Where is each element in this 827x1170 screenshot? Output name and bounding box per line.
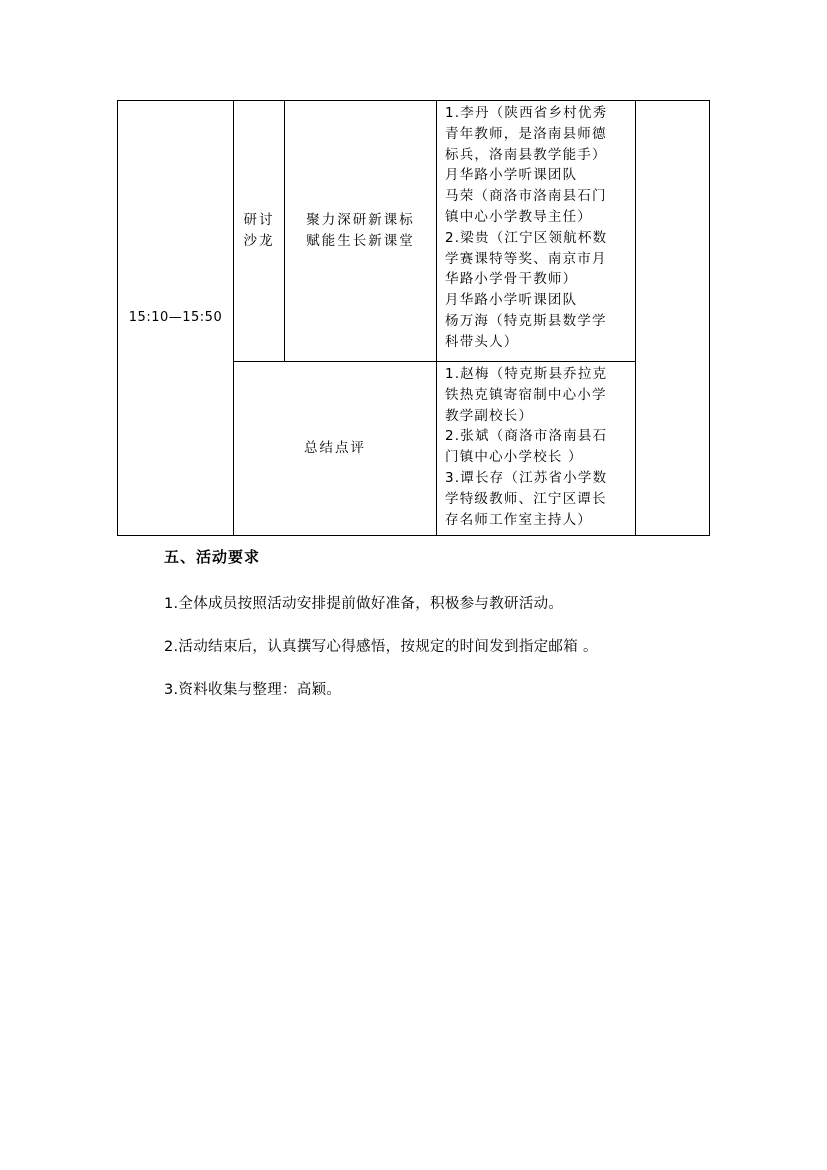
participants-cell: 1.李丹（陕西省乡村优秀 青年教师，是洛南县师德 标兵，洛南县教学能手） 月华路… bbox=[437, 101, 635, 361]
topic-line: 赋能生长新课堂 bbox=[306, 231, 415, 252]
reviewers-cell: 1.赵梅（特克斯县乔拉克 铁热克镇寄宿制中心小学 教学副校长） 2.张斌（商洛市… bbox=[437, 362, 635, 535]
participant-line: 学赛课特等奖、南京市月 bbox=[445, 249, 635, 270]
note-cell bbox=[636, 101, 709, 361]
table-border-right bbox=[709, 100, 710, 536]
topic-cell: 聚力深研新课标 赋能生长新课堂 bbox=[285, 101, 436, 361]
participant-line: 青年教师，是洛南县师德 bbox=[445, 124, 635, 145]
requirement-item: 1.全体成员按照活动安排提前做好准备，积极参与教研活动。 bbox=[164, 592, 563, 613]
requirement-item: 2.活动结束后，认真撰写心得感悟，按规定的时间发到指定邮箱 。 bbox=[164, 635, 598, 656]
participant-line: 杨万海（特克斯县数学学 bbox=[445, 311, 635, 332]
table-border-bottom bbox=[117, 535, 710, 536]
requirement-item: 3.资料收集与整理：高颖。 bbox=[164, 678, 341, 699]
participant-line: 镇中心小学教导主任） bbox=[445, 207, 635, 228]
participant-line: 科带头人） bbox=[445, 332, 635, 353]
reviewer-line: 存名师工作室主持人） bbox=[445, 510, 635, 531]
note-cell bbox=[636, 362, 709, 535]
participant-line: 华路小学骨干教师） bbox=[445, 269, 635, 290]
schedule-table: 15:10—15:50 研讨 沙龙 聚力深研新课标 赋能生长新课堂 1.李丹（陕… bbox=[117, 100, 710, 536]
time-cell: 15:10—15:50 bbox=[118, 101, 233, 535]
reviewer-line: 铁热克镇寄宿制中心小学 bbox=[445, 385, 635, 406]
reviewer-line: 学特级教师、江宁区谭长 bbox=[445, 489, 635, 510]
reviewer-line: 教学副校长） bbox=[445, 406, 635, 427]
participant-line: 月华路小学听课团队 bbox=[445, 165, 635, 186]
activity-type-line: 研讨 bbox=[244, 210, 275, 231]
summary-topic-text: 总结点评 bbox=[304, 438, 366, 459]
summary-topic-cell: 总结点评 bbox=[234, 362, 436, 535]
activity-type-cell: 研讨 沙龙 bbox=[234, 101, 284, 361]
reviewer-line: 门镇中心小学校长 ） bbox=[445, 447, 635, 468]
participant-line: 月华路小学听课团队 bbox=[445, 290, 635, 311]
participant-line: 1.李丹（陕西省乡村优秀 bbox=[445, 103, 635, 124]
participant-line: 标兵，洛南县教学能手） bbox=[445, 145, 635, 166]
participant-line: 马荣（商洛市洛南县石门 bbox=[445, 186, 635, 207]
activity-type-line: 沙龙 bbox=[244, 231, 275, 252]
participant-line: 2.梁贵（江宁区领航杯数 bbox=[445, 228, 635, 249]
section-heading: 五、活动要求 bbox=[164, 546, 260, 567]
reviewer-line: 3.谭长存（江苏省小学数 bbox=[445, 468, 635, 489]
topic-line: 聚力深研新课标 bbox=[306, 210, 415, 231]
reviewer-line: 1.赵梅（特克斯县乔拉克 bbox=[445, 364, 635, 385]
reviewer-line: 2.张斌（商洛市洛南县石 bbox=[445, 426, 635, 447]
time-text: 15:10—15:50 bbox=[129, 308, 222, 329]
